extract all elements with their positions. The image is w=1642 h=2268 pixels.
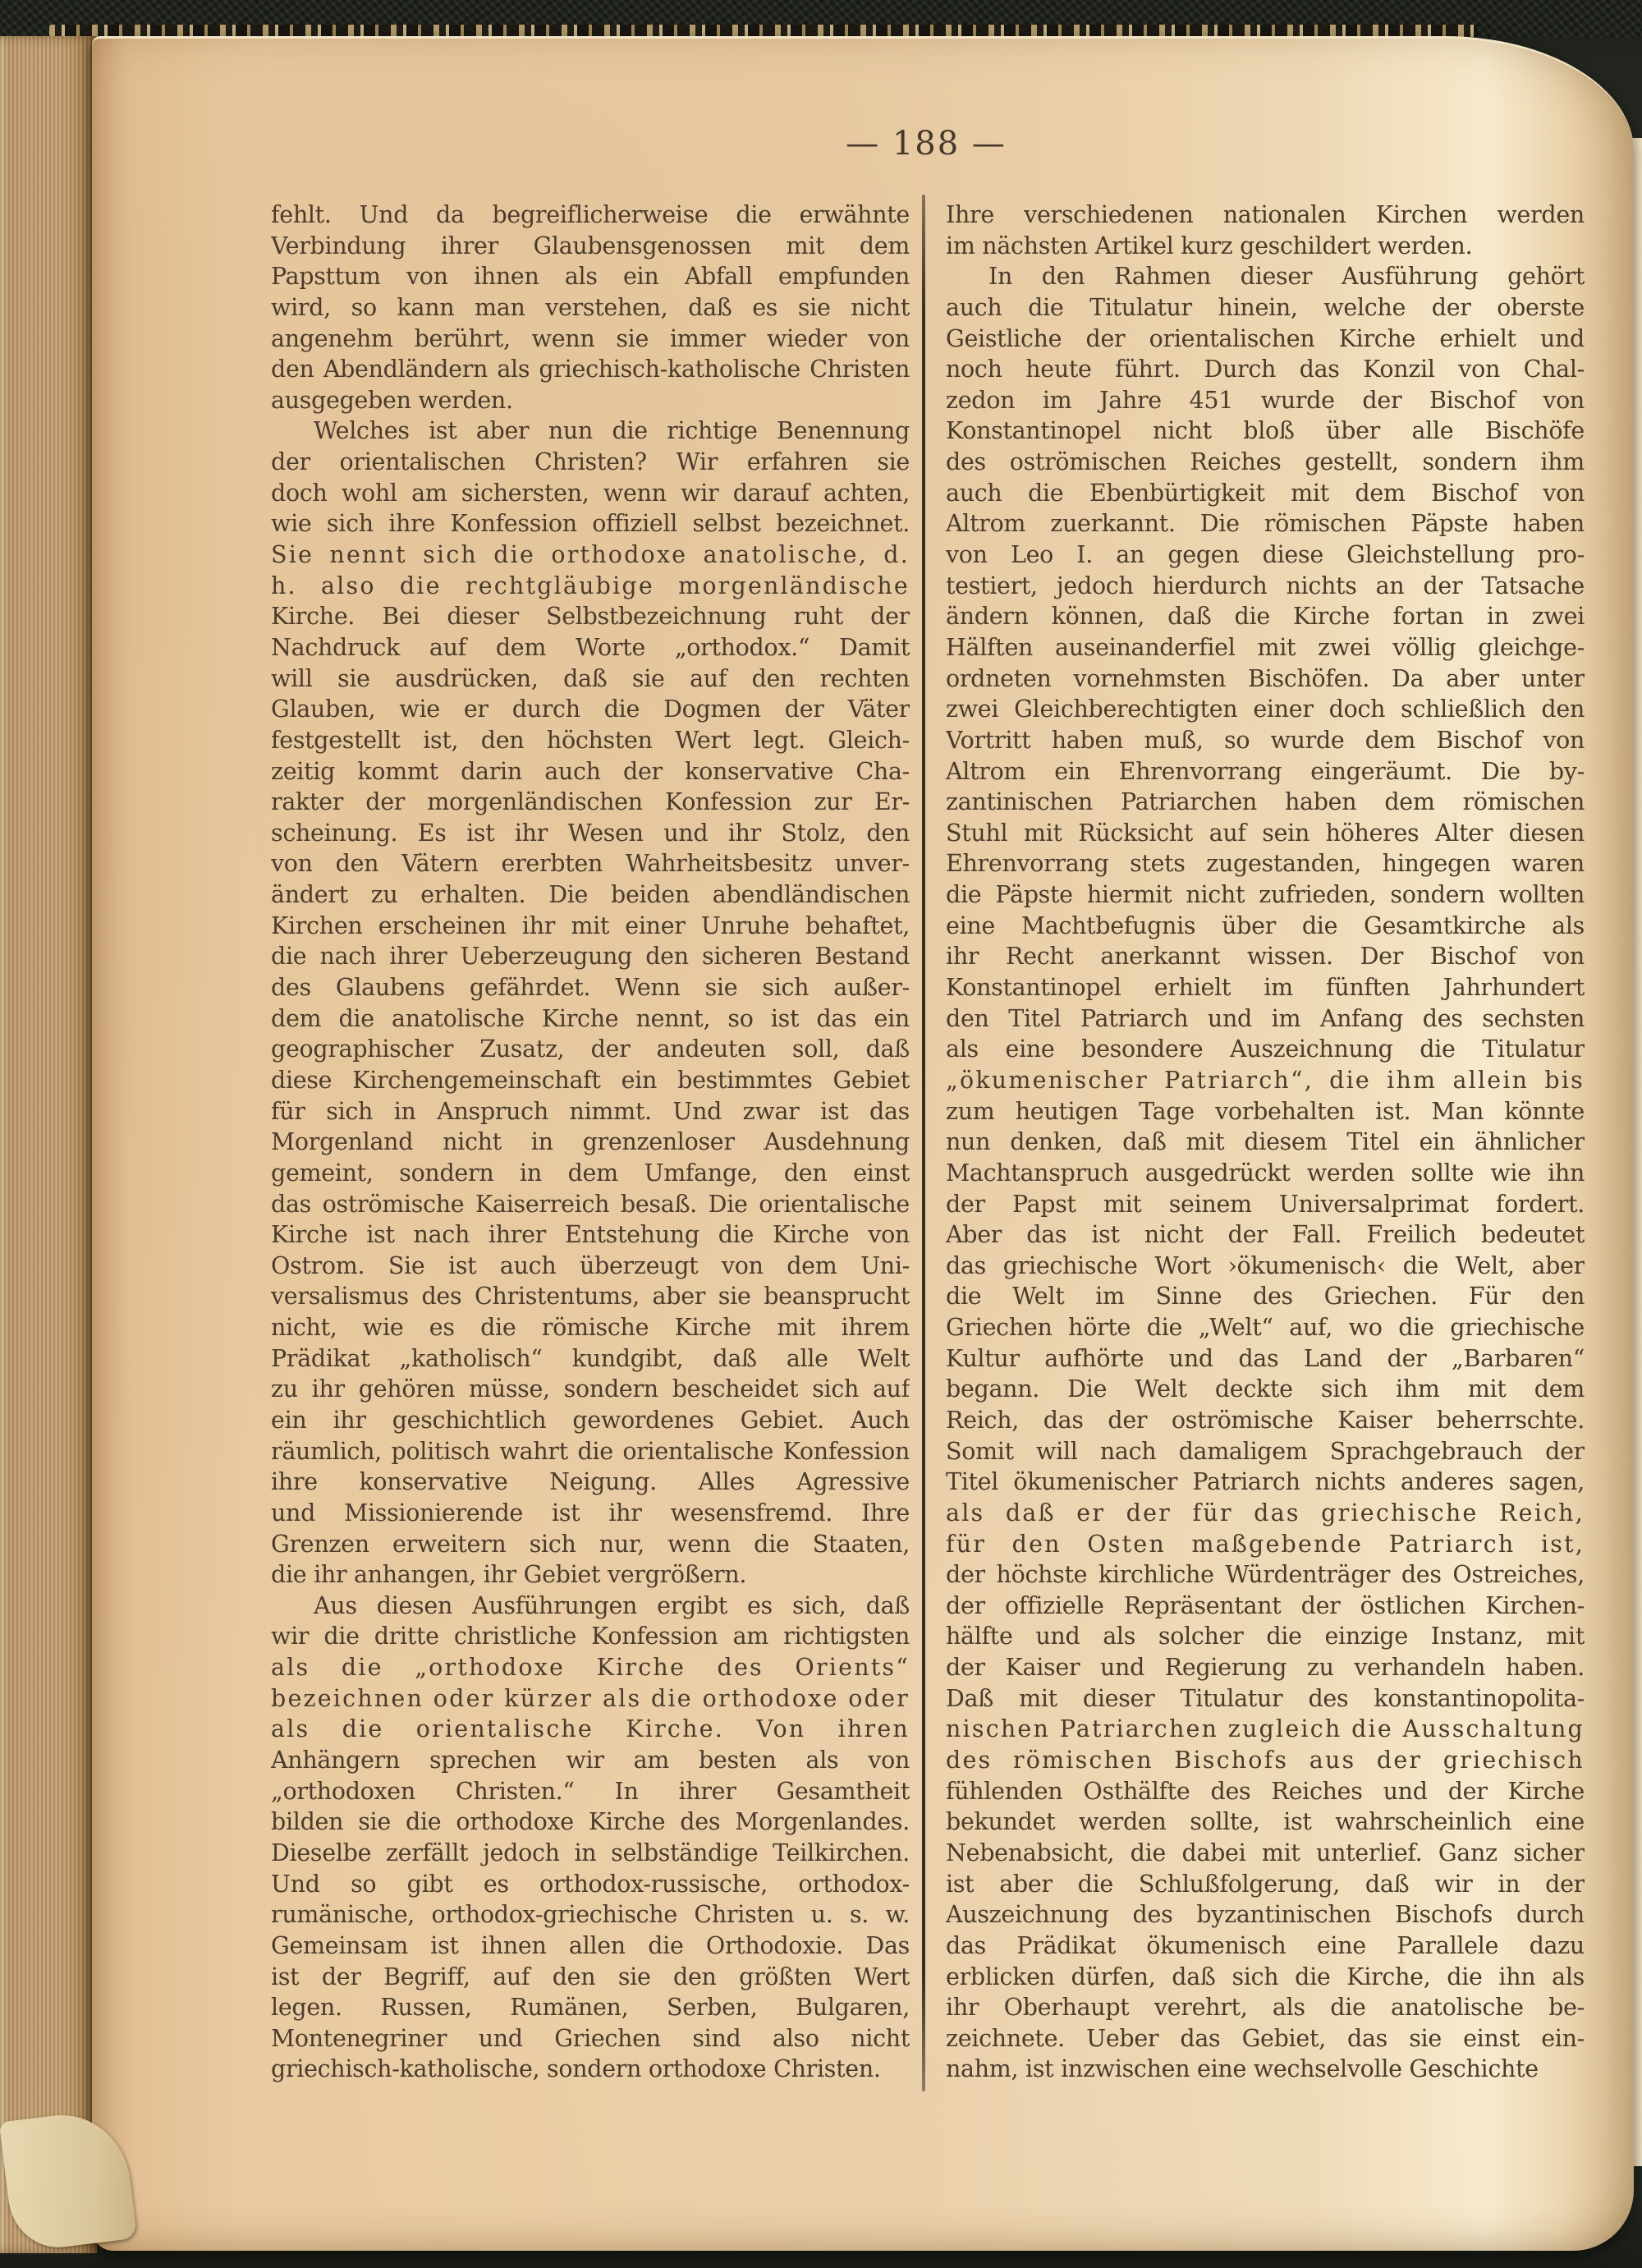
text-line: Welches ist aber nun die richtige Benenn… xyxy=(271,415,910,447)
text-line: Kirchen erscheinen ihr mit einer Unruhe … xyxy=(271,911,910,942)
text-line: im nächsten Artikel kurz geschildert wer… xyxy=(946,231,1585,262)
text-line: eine Machtbefugnis über die Gesamtkirche… xyxy=(946,911,1585,942)
text-line: Vortritt haben muß, so wurde dem Bischof… xyxy=(946,725,1585,756)
text-line: Geistliche der orientalischen Kirche erh… xyxy=(946,324,1585,355)
text-line: Altrom ein Ehrenvorrang eingeräumt. Die … xyxy=(946,756,1585,787)
text-line: scheinung. Es ist ihr Wesen und ihr Stol… xyxy=(271,818,910,849)
text-column-right: Ihre verschiedenen nationalen Kirchen we… xyxy=(946,200,1585,2085)
text-line: Kirche ist nach ihrer Entstehung die Kir… xyxy=(271,1219,910,1251)
text-line: rumänische, orthodox-griechische Christe… xyxy=(271,1899,910,1931)
text-line: Kirche. Bei dieser Selbstbezeichnung ruh… xyxy=(271,601,910,632)
text-line: der höchste kirchliche Würdenträger des … xyxy=(946,1559,1585,1591)
text-line: Anhängern sprechen wir am besten als von xyxy=(271,1745,910,1776)
text-line: „ökumenischer Patriarch“, die ihm allein… xyxy=(946,1065,1585,1096)
text-line: fehlt. Und da begreiflicherweise die erw… xyxy=(271,200,910,231)
text-line: ändern können, daß die Kirche fortan in … xyxy=(946,601,1585,632)
text-line: als die orientalische Kirche. Von ihren xyxy=(271,1714,910,1745)
text-line: von den Vätern ererbten Wahrheitsbesitz … xyxy=(271,848,910,879)
text-line: h. also die rechtgläubige morgenländisch… xyxy=(271,571,910,602)
text-line: Prädikat „katholisch“ kundgibt, daß alle… xyxy=(271,1343,910,1375)
text-line: wird, so kann man verstehen, daß es sie … xyxy=(271,292,910,324)
text-line: das oströmische Kaiserreich besaß. Die o… xyxy=(271,1189,910,1220)
text-line: den Titel Patriarch und im Anfang des se… xyxy=(946,1003,1585,1035)
text-line: dem die anatolische Kirche nennt, so ist… xyxy=(271,1003,910,1035)
text-line: Dieselbe zerfällt jedoch in selbständige… xyxy=(271,1838,910,1869)
text-line: Griechen hörte die „Welt“ auf, wo die gr… xyxy=(946,1312,1585,1343)
text-line: ist der Begriff, auf den sie den größten… xyxy=(271,1962,910,1993)
text-line: Grenzen erweitern sich nur, wenn die Sta… xyxy=(271,1529,910,1560)
text-line: des oströmischen Reiches gestellt, sonde… xyxy=(946,447,1585,478)
page-number: — 188 — xyxy=(271,124,1581,163)
text-line: ändert zu erhalten. Die beiden abendländ… xyxy=(271,879,910,911)
text-line: nischen Patriarchen zugleich die Ausscha… xyxy=(946,1714,1585,1745)
book-page: — 188 — fehlt. Und da begreiflicherweise… xyxy=(92,36,1634,2251)
text-line: als die „orthodoxe Kirche des Orients“ xyxy=(271,1652,910,1683)
text-line: Altrom zuerkannt. Die römischen Päpste h… xyxy=(946,508,1585,539)
text-line: legen. Russen, Rumänen, Serben, Bulgaren… xyxy=(271,1992,910,2023)
text-line: ist aber die Schlußfolgerung, daß wir in… xyxy=(946,1869,1585,1900)
text-line: des Glaubens gefährdet. Wenn sie sich au… xyxy=(271,972,910,1003)
text-line: Konstantinopel erhielt im fünften Jahrhu… xyxy=(946,972,1585,1003)
text-column-left: fehlt. Und da begreiflicherweise die erw… xyxy=(271,200,910,2085)
text-line: ein ihr geschichtlich gewordenes Gebiet.… xyxy=(271,1405,910,1436)
text-line: den Abendländern als griechisch-katholis… xyxy=(271,354,910,385)
text-line: gemeint, sondern in dem Umfange, den ein… xyxy=(271,1158,910,1189)
text-line: der offizielle Repräsentant der östliche… xyxy=(946,1591,1585,1622)
text-line: für den Osten maßgebende Patriarch ist, xyxy=(946,1529,1585,1560)
book-scan: { "page": { "number": "188", "number_dis… xyxy=(0,0,1642,2268)
text-line: Morgenland nicht in grenzenloser Ausdehn… xyxy=(271,1127,910,1158)
text-line: wir die dritte christliche Konfession am… xyxy=(271,1621,910,1652)
text-line: zwei Gleichberechtigten einer doch schli… xyxy=(946,694,1585,725)
text-line: das Prädikat ökumenisch eine Parallele d… xyxy=(946,1931,1585,1962)
text-line: angenehm berührt, wenn sie immer wieder … xyxy=(271,324,910,355)
text-line: nahm, ist inzwischen eine wechselvolle G… xyxy=(946,2054,1585,2085)
text-line: testiert, jedoch hierdurch nichts an der… xyxy=(946,571,1585,602)
text-line: die nach ihrer Ueberzeugung den sicheren… xyxy=(271,941,910,972)
text-line: griechisch-katholische, sondern orthodox… xyxy=(271,2054,910,2085)
text-line: zu ihr gehören müsse, sondern bescheidet… xyxy=(271,1374,910,1405)
text-line: ihr Recht anerkannt wissen. Der Bischof … xyxy=(946,941,1585,972)
text-line: von Leo I. an gegen diese Gleichstellung… xyxy=(946,539,1585,571)
text-line: als daß er der für das griechische Reich… xyxy=(946,1498,1585,1529)
text-line: das griechische Wort ›ökumenisch‹ die We… xyxy=(946,1251,1585,1282)
text-line: will sie ausdrücken, daß sie auf den rec… xyxy=(271,663,910,695)
text-line: rakter der morgenländischen Konfession z… xyxy=(271,787,910,818)
text-line: Machtanspruch ausgedrückt werden sollte … xyxy=(946,1158,1585,1189)
text-line: Montenegriner und Griechen sind also nic… xyxy=(271,2023,910,2055)
text-line: zedon im Jahre 451 wurde der Bischof von xyxy=(946,385,1585,416)
text-line: festgestellt ist, den höchsten Wert legt… xyxy=(271,725,910,756)
text-line: Stuhl mit Rücksicht auf sein höheres Alt… xyxy=(946,818,1585,849)
text-line: ihre konservative Neigung. Alles Agressi… xyxy=(271,1467,910,1498)
text-line: als eine besondere Auszeichnung die Titu… xyxy=(946,1034,1585,1065)
text-line: zum heutigen Tage vorbehalten ist. Man k… xyxy=(946,1096,1585,1127)
gilt-page-edges xyxy=(49,25,1478,37)
text-line: der Papst mit seinem Universalprimat for… xyxy=(946,1189,1585,1220)
text-line: die Welt im Sinne des Griechen. Für den xyxy=(946,1281,1585,1312)
text-line: des römischen Bischofs aus der griechisc… xyxy=(946,1745,1585,1776)
text-line: Ihre verschiedenen nationalen Kirchen we… xyxy=(946,200,1585,231)
text-line: nicht, wie es die römische Kirche mit ih… xyxy=(271,1312,910,1343)
text-line: Verbindung ihrer Glaubensgenossen mit de… xyxy=(271,231,910,262)
text-line: diese Kirchengemeinschaft ein bestimmtes… xyxy=(271,1065,910,1096)
text-line: Nebenabsicht, die dabei mit unterlief. G… xyxy=(946,1838,1585,1869)
text-line: bekundet werden sollte, ist wahrscheinli… xyxy=(946,1807,1585,1838)
text-line: Nachdruck auf dem Worte „orthodox.“ Dami… xyxy=(271,632,910,663)
text-line: räumlich, politisch wahrt die orientalis… xyxy=(271,1436,910,1467)
text-line: „orthodoxen Christen.“ In ihrer Gesamthe… xyxy=(271,1776,910,1807)
text-line: Gemeinsam ist ihnen allen die Orthodoxie… xyxy=(271,1931,910,1962)
text-line: zeitig kommt darin auch der konservative… xyxy=(271,756,910,787)
text-line: ausgegeben werden. xyxy=(271,385,910,416)
text-line: bilden sie die orthodoxe Kirche des Morg… xyxy=(271,1807,910,1838)
text-line: versalismus des Christentums, aber sie b… xyxy=(271,1281,910,1312)
text-line: begann. Die Welt deckte sich ihm mit dem xyxy=(946,1374,1585,1405)
text-line: nun denken, daß mit diesem Titel ein ähn… xyxy=(946,1127,1585,1158)
text-line: Somit will nach damaligem Sprachgebrauch… xyxy=(946,1436,1585,1467)
text-line: der orientalischen Christen? Wir erfahre… xyxy=(271,447,910,478)
text-line: In den Rahmen dieser Ausführung gehört xyxy=(946,261,1585,292)
text-line: Sie nennt sich die orthodoxe anatolische… xyxy=(271,539,910,571)
text-line: Und so gibt es orthodox-russische, ortho… xyxy=(271,1869,910,1900)
text-line: hälfte und als solcher die einzige Insta… xyxy=(946,1621,1585,1652)
text-line: Ostrom. Sie ist auch überzeugt von dem U… xyxy=(271,1251,910,1282)
text-line: Glauben, wie er durch die Dogmen der Vät… xyxy=(271,694,910,725)
text-line: bezeichnen oder kürzer als die orthodoxe… xyxy=(271,1683,910,1715)
text-line: geographischer Zusatz, der andeuten soll… xyxy=(271,1034,910,1065)
text-line: Aber das ist nicht der Fall. Freilich be… xyxy=(946,1219,1585,1251)
text-line: Kultur aufhörte und das Land der „Barbar… xyxy=(946,1343,1585,1375)
text-line: ordneten vornehmsten Bischöfen. Da aber … xyxy=(946,663,1585,695)
text-line: Daß mit dieser Titulatur des konstantino… xyxy=(946,1683,1585,1715)
text-line: die Päpste hiermit nicht zufrieden, sond… xyxy=(946,879,1585,911)
text-line: Titel ökumenischer Patriarch nichts ande… xyxy=(946,1467,1585,1498)
text-line: Auszeichnung des byzantinischen Bischofs… xyxy=(946,1899,1585,1931)
text-line: Papsttum von ihnen als ein Abfall empfun… xyxy=(271,261,910,292)
text-line: auch die Titulatur hinein, welche der ob… xyxy=(946,292,1585,324)
text-line: die ihr anhangen, ihr Gebiet vergrößern. xyxy=(271,1559,910,1591)
text-line: Ehrenvorrang stets zugestanden, hingegen… xyxy=(946,848,1585,879)
text-line: erblicken dürfen, daß sich die Kirche, d… xyxy=(946,1962,1585,1993)
text-line: Hälften auseinanderfiel mit zwei völlig … xyxy=(946,632,1585,663)
text-line: doch wohl am sichersten, wenn wir darauf… xyxy=(271,478,910,509)
text-line: und Missionierende ist ihr wesensfremd. … xyxy=(271,1498,910,1529)
left-page-edge-stack xyxy=(0,36,97,2253)
column-divider-rule xyxy=(922,195,925,2091)
text-line: der Kaiser und Regierung zu verhandeln h… xyxy=(946,1652,1585,1683)
text-line: ihr Oberhaupt verehrt, als die anatolisc… xyxy=(946,1992,1585,2023)
text-line: noch heute führt. Durch das Konzil von C… xyxy=(946,354,1585,385)
text-line: Konstantinopel nicht bloß über alle Bisc… xyxy=(946,415,1585,447)
text-line: zeichnete. Ueber das Gebiet, das sie ein… xyxy=(946,2023,1585,2055)
text-line: wie sich ihre Konfession offiziell selbs… xyxy=(271,508,910,539)
text-line: Reich, das der oströmische Kaiser beherr… xyxy=(946,1405,1585,1436)
text-line: Aus diesen Ausführungen ergibt es sich, … xyxy=(271,1591,910,1622)
text-line: zantinischen Patriarchen haben dem römis… xyxy=(946,787,1585,818)
text-line: auch die Ebenbürtigkeit mit dem Bischof … xyxy=(946,478,1585,509)
text-line: fühlenden Osthälfte des Reiches und der … xyxy=(946,1776,1585,1807)
text-line: für sich in Anspruch nimmt. Und zwar ist… xyxy=(271,1096,910,1127)
